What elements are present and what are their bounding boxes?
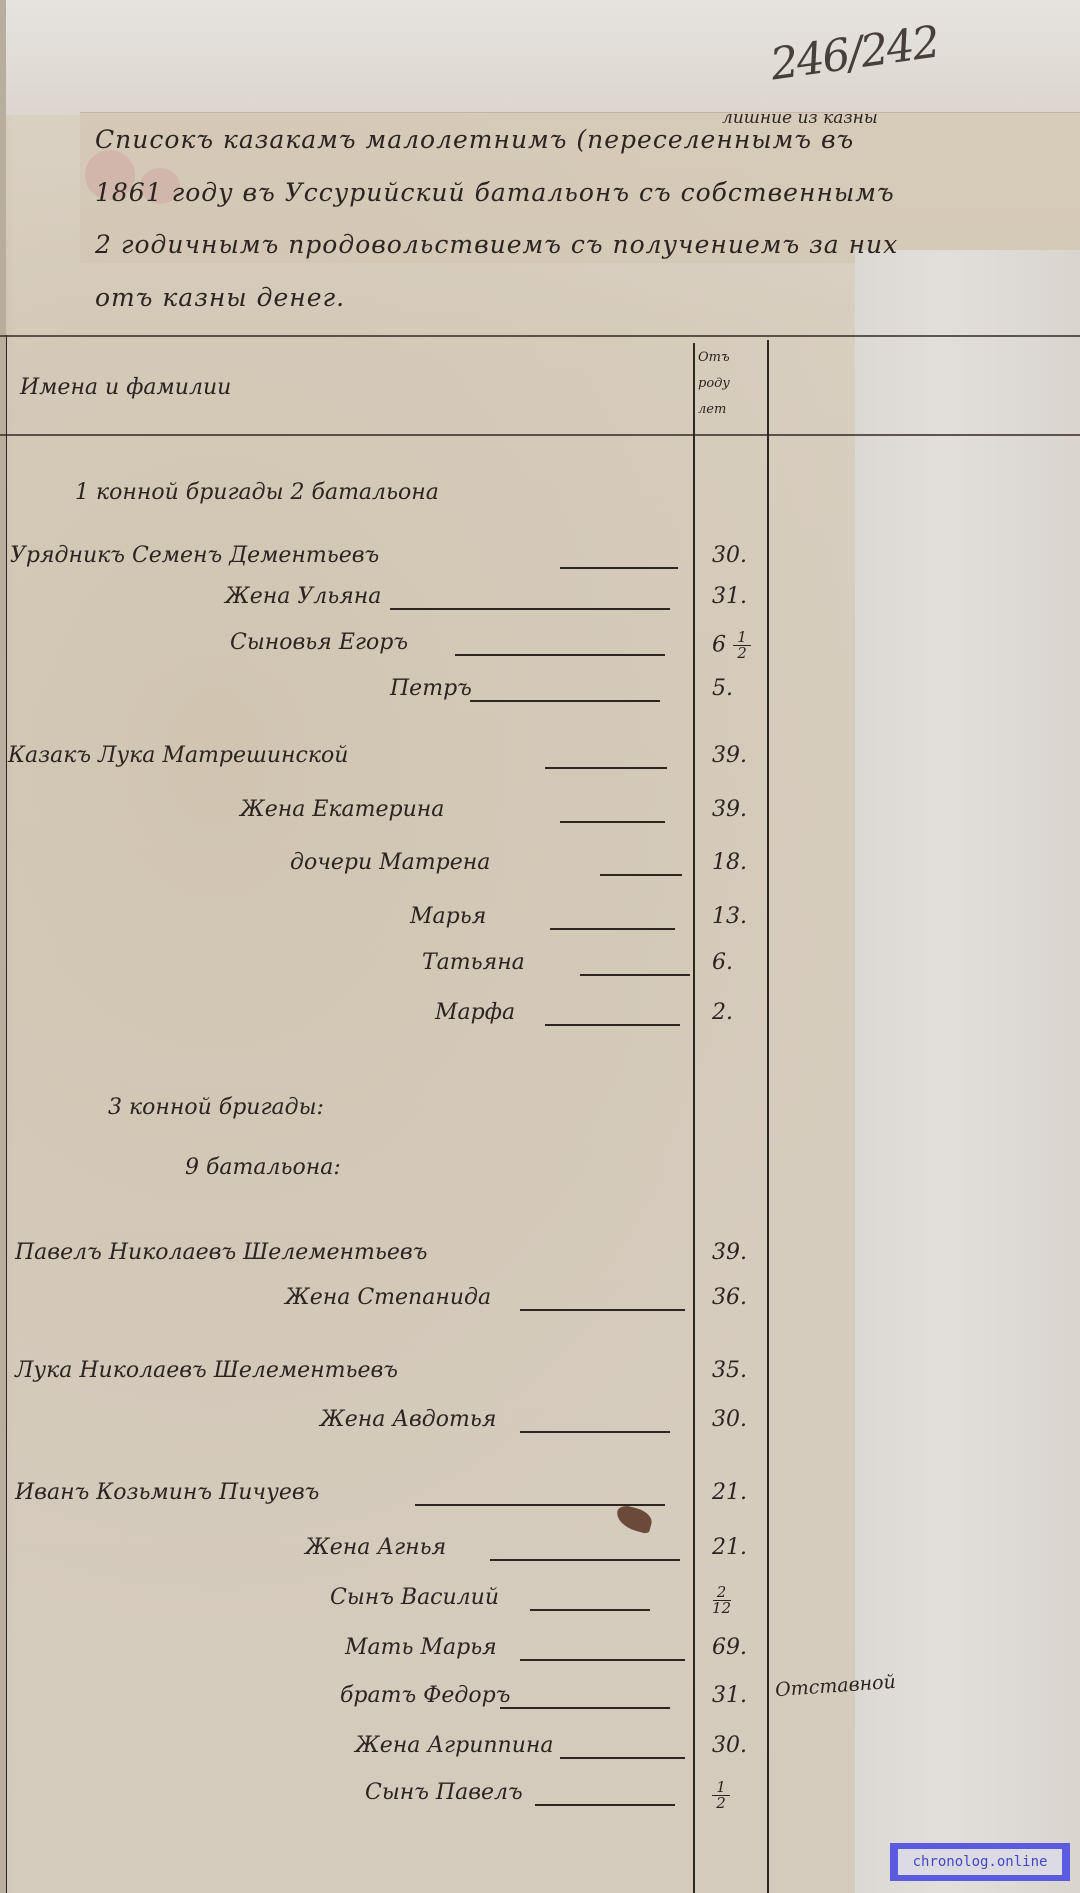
title-line-2: 1861 году въ Уссурийский батальонъ съ со… (95, 178, 895, 207)
entry-age: 13. (712, 904, 747, 929)
entry-name: Сыновья Егоръ (230, 630, 408, 655)
entry-name: Мать Марья (345, 1635, 497, 1660)
entry-name: Жена Ульяна (225, 584, 381, 609)
entry-name: Марья (410, 904, 486, 929)
entry-name: Урядникъ Семенъ Дементьевъ (10, 543, 379, 568)
entry-age: 30. (712, 543, 747, 568)
table-row: братъ Федоръ 31. (0, 1683, 780, 1723)
table-row: Сыновья Егоръ 6 12 (0, 630, 780, 670)
entry-name: Жена Екатерина (240, 797, 444, 822)
entry-age: 12 (712, 1780, 730, 1811)
entry-age: 39. (712, 797, 747, 822)
entry-age: 6. (712, 950, 733, 975)
section-subheading: 9 батальона: (185, 1155, 341, 1180)
entry-age: 39. (712, 1240, 747, 1265)
table-row: Жена Агриппина 30. (0, 1733, 780, 1773)
table-row: Жена Ульяна 31. (0, 584, 780, 624)
table-row: Казакъ Лука Матрешинской 39. (0, 743, 780, 783)
header-age-line-3: лет (698, 397, 760, 423)
entry-name: Сынъ Павелъ (365, 1780, 523, 1805)
header-bottom-rule (0, 434, 1080, 436)
table-row: Жена Степанида 36. (0, 1285, 780, 1325)
table-top-rule (0, 335, 1080, 337)
table-row: Марфа 2. (0, 1000, 780, 1040)
section-heading: 1 конной бригады 2 батальона (75, 480, 439, 505)
title-line-1: Списокъ казакамъ малолетнимъ (переселенн… (95, 125, 854, 154)
entry-age: 6 12 (712, 630, 751, 661)
watermark-badge: chronolog.online (890, 1843, 1070, 1881)
header-age-line-1: Отъ (698, 345, 760, 371)
entry-age: 21. (712, 1480, 747, 1505)
entry-age: 35. (712, 1358, 747, 1383)
table-row: Татьяна 6. (0, 950, 780, 990)
table-row: Петръ 5. (0, 676, 780, 716)
entry-age: 39. (712, 743, 747, 768)
table-row: Жена Екатерина 39. (0, 797, 780, 837)
entry-age: 212 (712, 1585, 731, 1616)
column-header-names: Имена и фамилии (20, 375, 231, 400)
table-row: Иванъ Козьминъ Пичуевъ 21. (0, 1480, 780, 1520)
entry-name: Казакъ Лука Матрешинской (8, 743, 348, 768)
entry-name: Сынъ Василий (330, 1585, 499, 1610)
table-row: Павелъ Николаевъ Шелементьевъ 39. (0, 1240, 780, 1280)
table-row: Жена Авдотья 30. (0, 1407, 780, 1447)
entry-name: Павелъ Николаевъ Шелементьевъ (15, 1240, 427, 1265)
table-row: Марья 13. (0, 904, 780, 944)
table-row: Мать Марья 69. (0, 1635, 780, 1675)
entry-name: Татьяна (422, 950, 525, 975)
entry-age: 18. (712, 850, 747, 875)
entry-age: 69. (712, 1635, 747, 1660)
entry-name: Лука Николаевъ Шелементьевъ (15, 1358, 398, 1383)
entry-age: 31. (712, 1683, 747, 1708)
entry-age: 30. (712, 1407, 747, 1432)
column-header-age: Отъ роду лет (698, 345, 760, 423)
entry-age: 36. (712, 1285, 747, 1310)
entry-name: Жена Степанида (285, 1285, 491, 1310)
entry-name: Жена Агнья (305, 1535, 446, 1560)
entry-name: Жена Авдотья (320, 1407, 496, 1432)
entry-age: 5. (712, 676, 733, 701)
entry-age: 2. (712, 1000, 733, 1025)
title-line-4: отъ казны денег. (95, 283, 345, 312)
table-row: дочери Матрена 18. (0, 850, 780, 890)
watermark-text: chronolog.online (898, 1849, 1062, 1875)
entry-name: дочери Матрена (290, 850, 490, 875)
entry-age: 21. (712, 1535, 747, 1560)
table-row: Сынъ Павелъ 12 (0, 1780, 780, 1820)
title-line-3: 2 годичнымъ продовольствиемъ съ получени… (95, 230, 898, 259)
table-row: Жена Агнья 21. (0, 1535, 780, 1575)
document-page: 246/242 лишние из казны Списокъ казакамъ… (0, 0, 1080, 1893)
entry-age: 30. (712, 1733, 747, 1758)
entry-age: 31. (712, 584, 747, 609)
entry-name: Жена Агриппина (355, 1733, 553, 1758)
entry-name: братъ Федоръ (340, 1683, 510, 1708)
section-heading: 3 конной бригады: (108, 1095, 324, 1120)
entry-name: Марфа (435, 1000, 515, 1025)
table-row: Лука Николаевъ Шелементьевъ 35. (0, 1358, 780, 1398)
table-row: Сынъ Василий 212 (0, 1585, 780, 1625)
right-paper-strip (855, 250, 1080, 1893)
header-age-line-2: роду (698, 371, 760, 397)
entry-name: Петръ (390, 676, 472, 701)
table-row: Урядникъ Семенъ Дементьевъ 30. (0, 543, 780, 583)
entry-name: Иванъ Козьминъ Пичуевъ (15, 1480, 319, 1505)
